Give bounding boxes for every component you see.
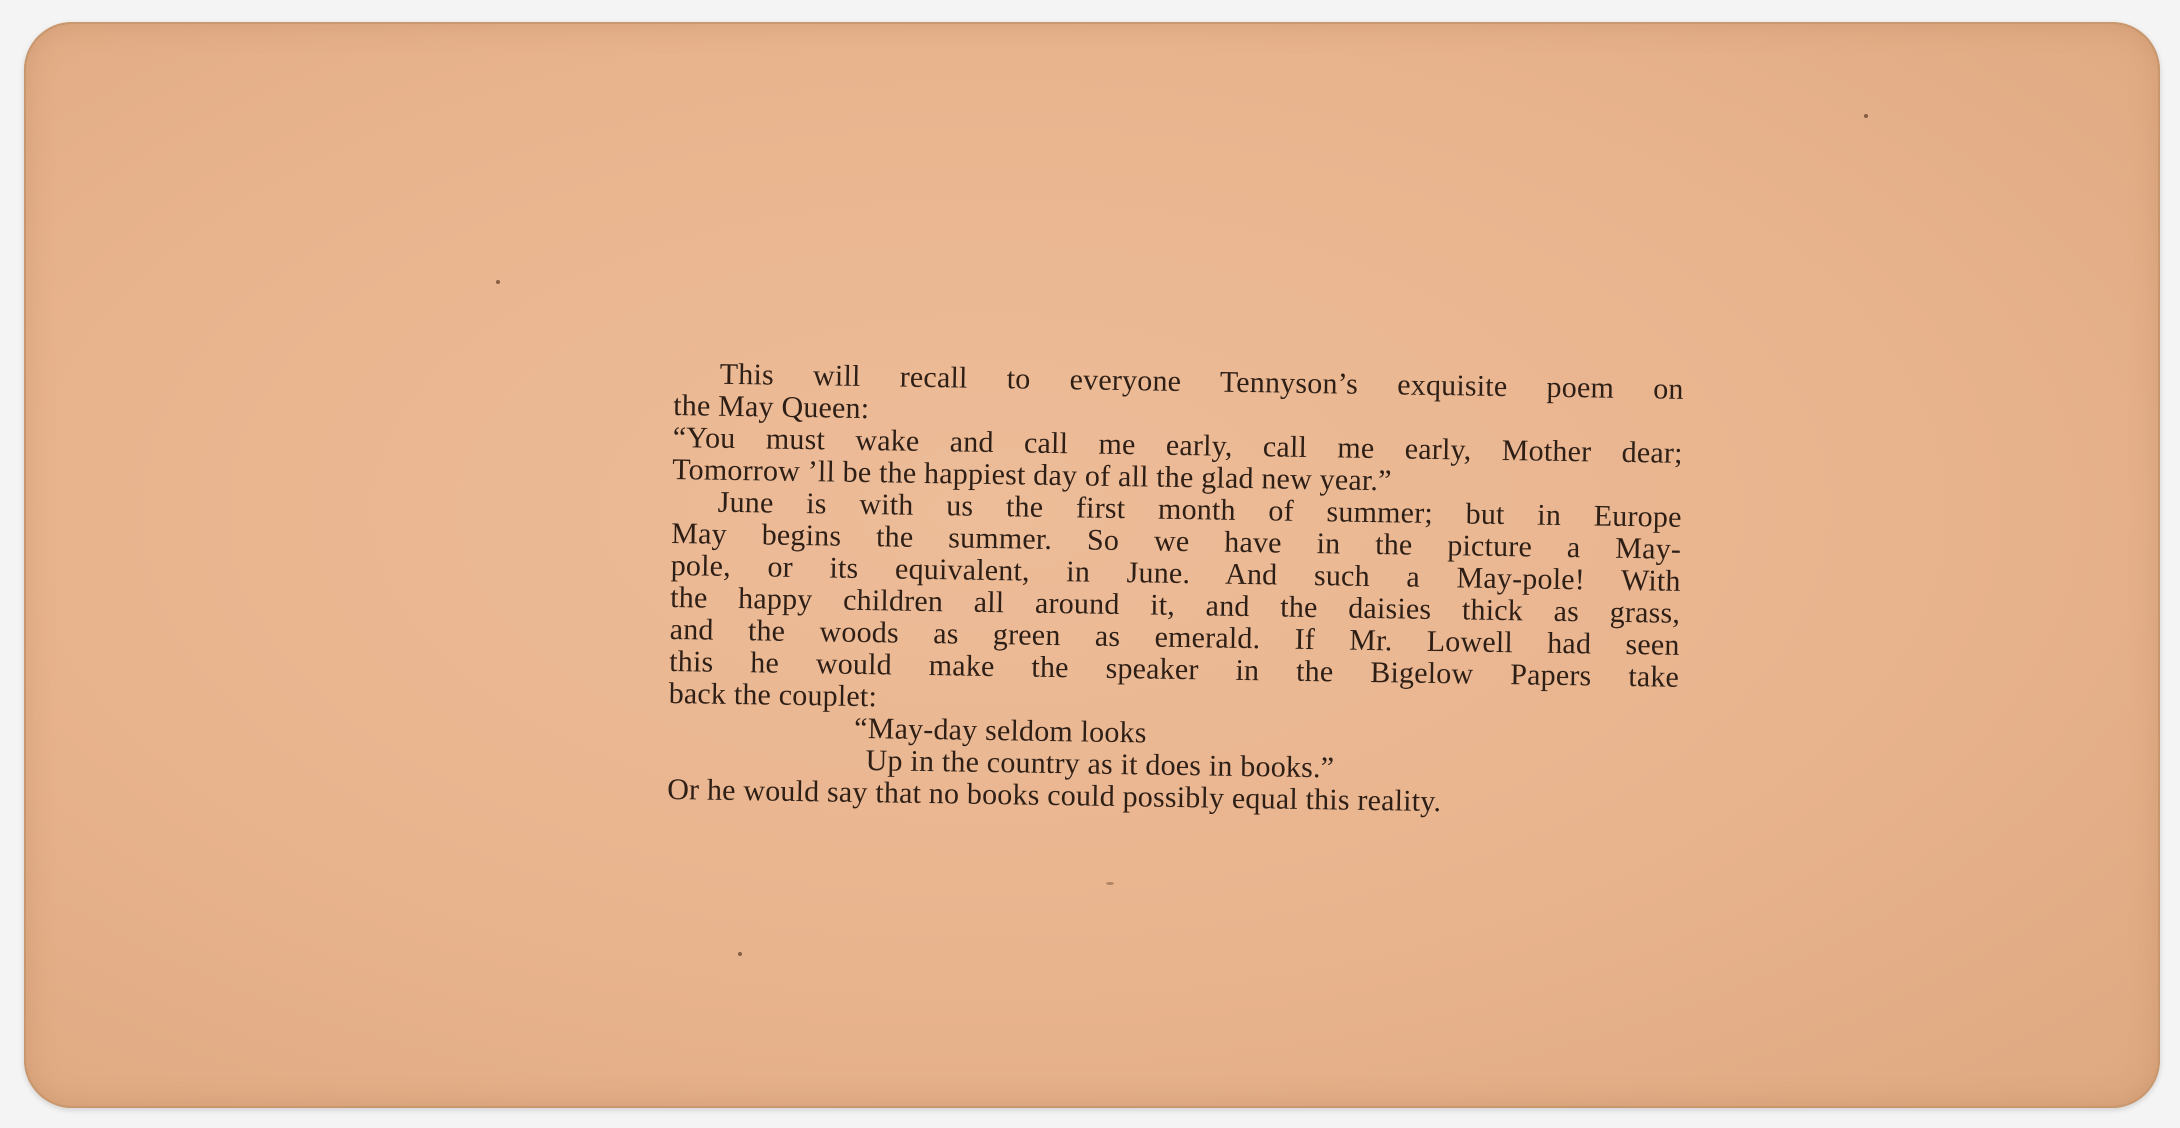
stereoview-card-back: This will recall to everyone Tennyson’s …: [24, 22, 2160, 1108]
ink-speck: [496, 280, 500, 284]
ink-speck: [1864, 114, 1868, 118]
ink-speck: [738, 952, 742, 956]
descriptive-text: This will recall to everyone Tennyson’s …: [667, 358, 1684, 822]
ink-speck: [1106, 882, 1114, 885]
